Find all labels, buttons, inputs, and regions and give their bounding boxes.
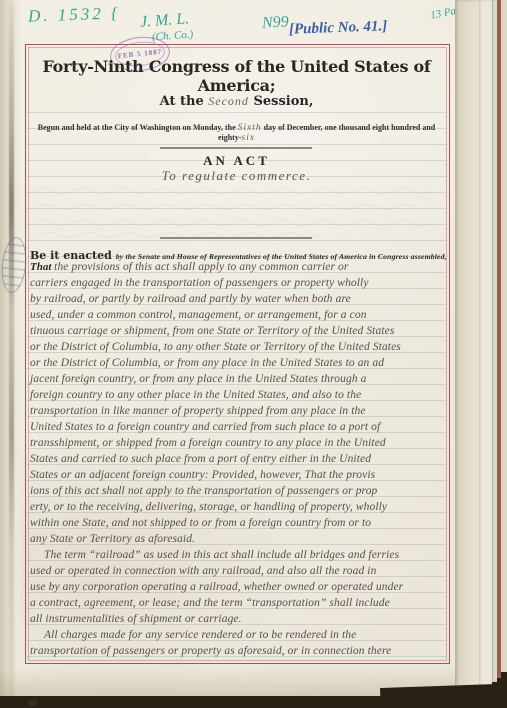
manuscript-line: transshipment, or shipped from a foreign… [30,435,448,451]
manuscript-line: That the provisions of this act shall ap… [30,259,448,275]
session-handwritten: Second [208,94,249,108]
congress-title: Forty-Ninth Congress of the United State… [25,57,448,95]
manuscript-line: a contract, agreement, or lease; and the… [30,595,448,611]
begun-prefix: Begun and held at the City of Washington… [38,123,236,132]
manuscript-line: States and carried to such place from a … [30,451,448,467]
number-annotation: N99 [262,13,290,32]
manuscript-line: used, under a common control, management… [30,307,448,323]
background-bottom [0,696,507,708]
manuscript-line: or the District of Columbia, to any othe… [30,339,448,355]
session-prefix: At the [160,94,204,109]
manuscript-line: by railroad, or partly by railroad and p… [30,291,448,307]
under-page-edge-1 [455,0,479,694]
ink-smudge [28,700,38,706]
manuscript-line: or the District of Columbia, or from any… [30,355,448,371]
document-scan: D. 1532 { J. M. L. (Ch. Co.) N99 [Public… [0,0,507,708]
printed-that-lead: That [30,261,54,273]
manuscript-line: erty, or to the receiving, delivering, s… [30,499,448,515]
manuscript-line: all instrumentalities of shipment or car… [30,611,448,627]
ink-bleed-through [30,183,440,239]
divider-rule-top [160,147,312,149]
manuscript-line: any State or Territory as aforesaid. [30,531,448,547]
manuscript-line: ions of this act shall not apply to the … [30,483,448,499]
binding-crease [9,0,14,700]
under-page-edge-2 [479,0,492,688]
manuscript-line: within one State, and not shipped to or … [30,515,448,531]
begun-line: Begun and held at the City of Washington… [25,123,448,143]
manuscript-body: That the provisions of this act shall ap… [30,259,448,659]
session-suffix: Session, [253,94,313,109]
manuscript-page: D. 1532 { J. M. L. (Ch. Co.) N99 [Public… [0,0,462,700]
public-number-annotation: [Public No. 41.] [289,18,388,38]
manuscript-line: jacent foreign country, or from any plac… [30,371,448,387]
act-subtitle-handwritten: To regulate commerce. [25,168,448,184]
manuscript-line: transportation in like manner of propert… [30,403,448,419]
session-line: At the Second Session, [25,94,448,109]
manuscript-line: tinuous carriage or shipment, from one S… [30,323,448,339]
begun-day-handwritten: Sixth [238,123,262,133]
manuscript-line: transportation of passengers or property… [30,643,448,659]
manuscript-line: used or operated in connection with any … [30,563,448,579]
begun-year-handwritten: six [242,133,256,143]
manuscript-line: foreign country to any other place in th… [30,387,448,403]
manuscript-line: All charges made for any service rendere… [30,627,448,643]
manuscript-line: United States to a foreign country and c… [30,419,448,435]
under-page-edge-3 [501,0,507,672]
manuscript-line: The term “railroad” as used in this act … [30,547,448,563]
manuscript-line: use by any corporation operating a railr… [30,579,448,595]
manuscript-line: States or an adjacent foreign country: P… [30,467,448,483]
act-heading: AN ACT [25,153,448,169]
manuscript-line: carriers engaged in the transportation o… [30,275,448,291]
divider-rule-body [160,237,312,239]
file-number-annotation: D. 1532 { [28,3,121,26]
